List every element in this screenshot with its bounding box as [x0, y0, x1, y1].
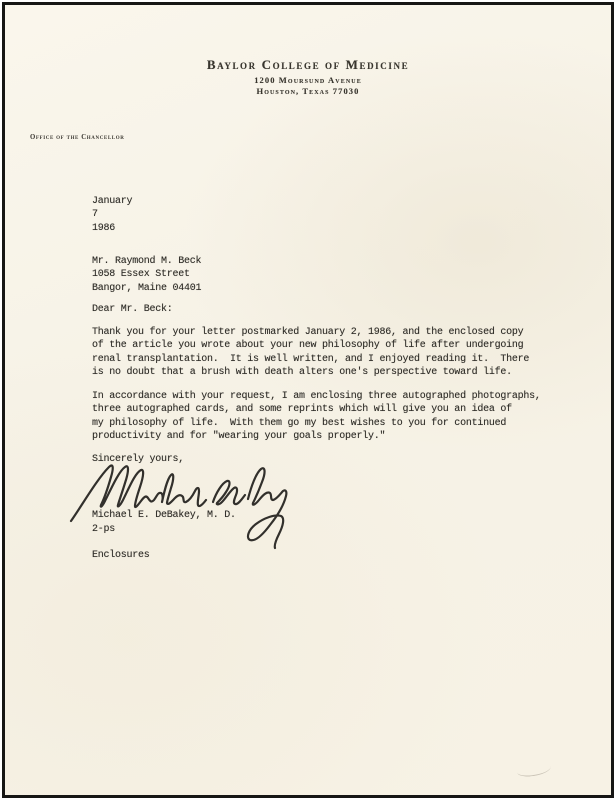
date-block: January 7 1986: [92, 195, 132, 235]
salutation: Dear Mr. Beck:: [92, 303, 173, 316]
recipient-address: Mr. Raymond M. Beck 1058 Essex Street Ba…: [92, 255, 201, 295]
signature-michael-debakey-icon: [67, 455, 299, 551]
enclosure-note: Enclosures: [92, 549, 150, 562]
letterhead: Baylor College of Medicine 1200 Moursund…: [5, 57, 611, 96]
letterhead-street: 1200 Moursund Avenue: [5, 75, 611, 85]
body-paragraph-1: Thank you for your letter postmarked Jan…: [92, 326, 529, 380]
typed-signer-name: Michael E. DeBakey, M. D.: [92, 509, 236, 522]
letterhead-city: Houston, Texas 77030: [5, 86, 611, 96]
body-paragraph-2: In accordance with your request, I am en…: [92, 390, 541, 444]
scanned-letter: Baylor College of Medicine 1200 Moursund…: [0, 0, 616, 800]
letterhead-department: Office of the Chancellor: [30, 134, 124, 141]
reference-initials: 2-ps: [92, 523, 115, 536]
letterhead-institution: Baylor College of Medicine: [5, 57, 611, 73]
scan-border-frame: Baylor College of Medicine 1200 Moursund…: [2, 2, 614, 798]
scan-smudge: [516, 761, 551, 777]
